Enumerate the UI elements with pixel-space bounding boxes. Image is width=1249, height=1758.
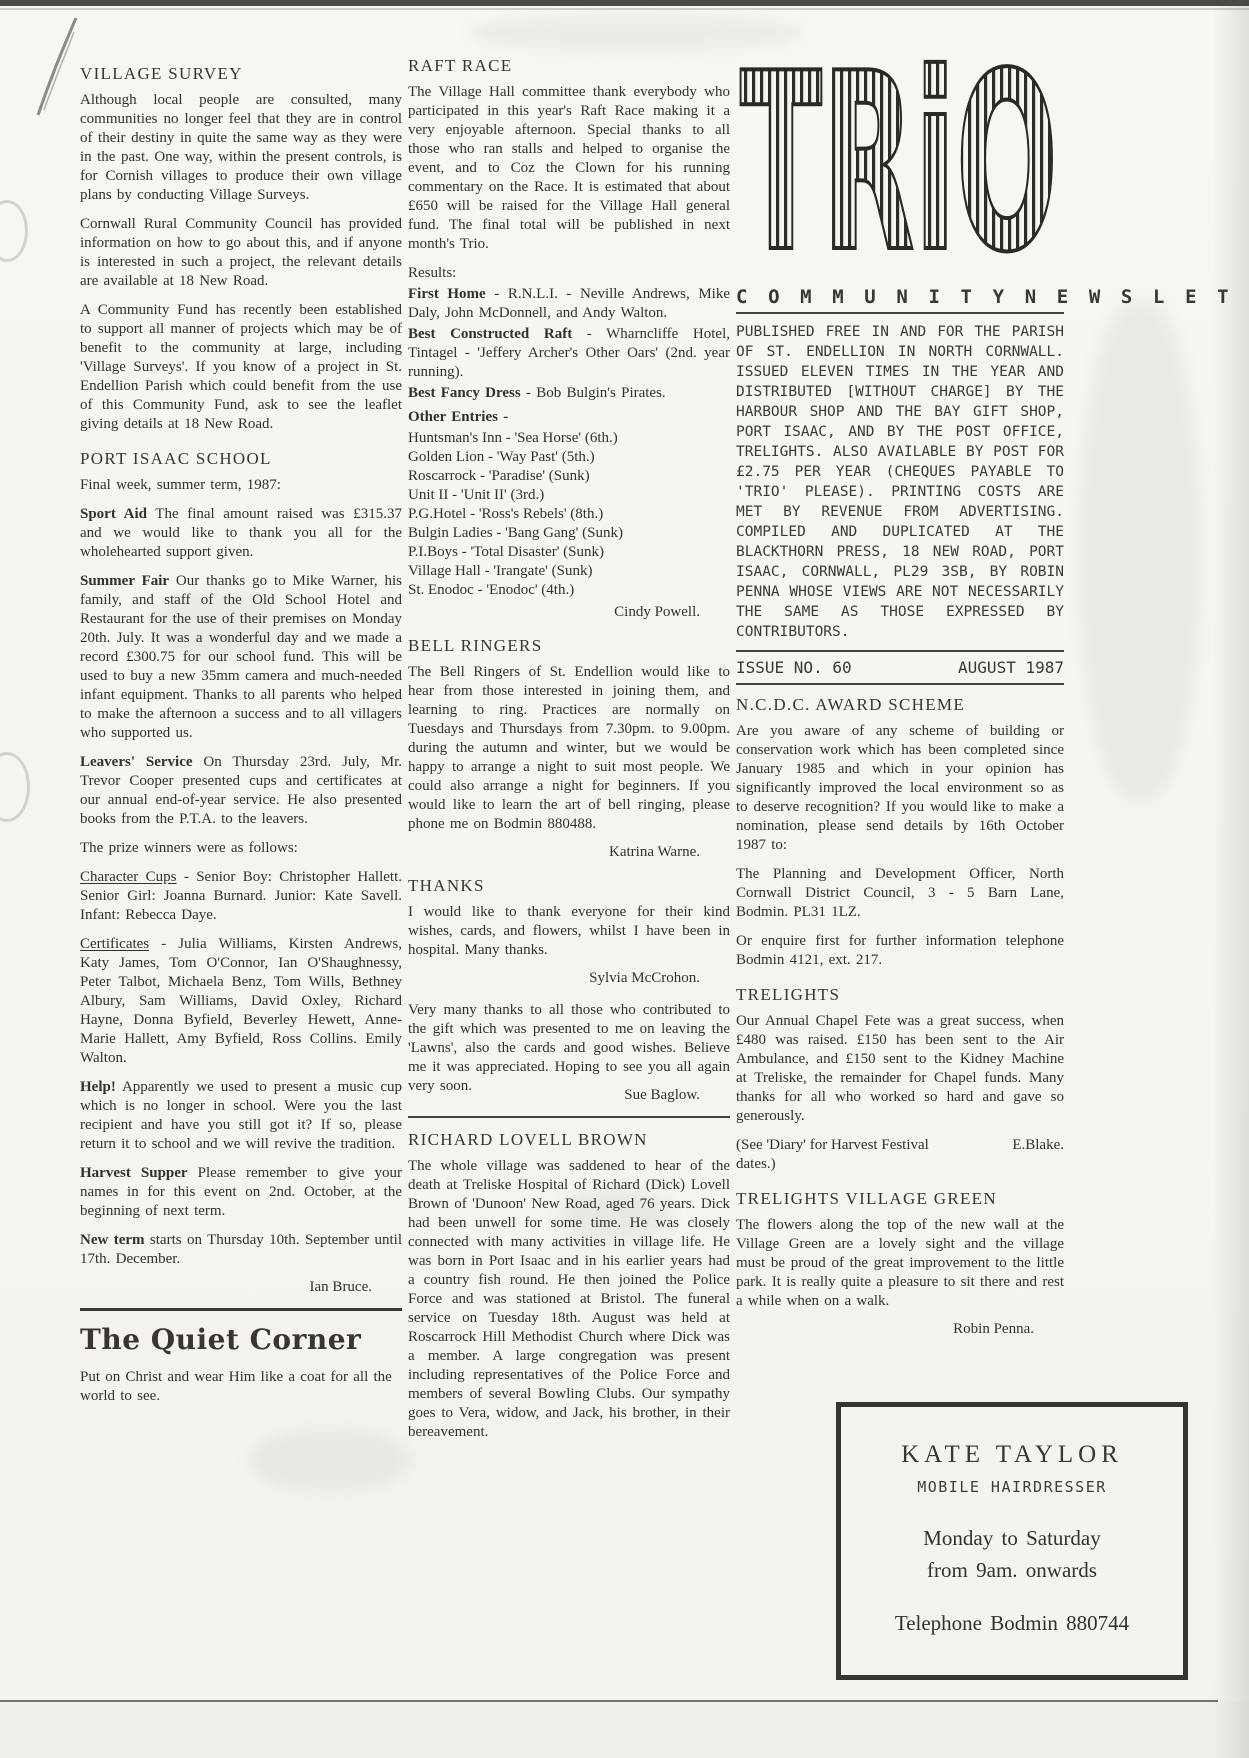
ncdc-paragraph: Are you aware of any scheme of building …	[736, 722, 1064, 855]
summer-fair-lead: Summer Fair	[80, 573, 169, 589]
list-item: St. Enodoc - 'Enodoc' (4th.)	[408, 581, 730, 600]
scan-smudge	[250, 1430, 410, 1490]
fancy-dress-text: - Bob Bulgin's Pirates.	[521, 385, 666, 401]
certificates: Certificates - Julia Williams, Kirsten A…	[80, 935, 402, 1068]
raft-entries-list: Huntsman's Inn - 'Sea Horse' (6th.) Gold…	[408, 429, 730, 600]
thanks-paragraph: I would like to thank everyone for their…	[408, 903, 730, 960]
list-item: Unit II - 'Unit II' (3rd.)	[408, 486, 730, 505]
certificates-lead: Certificates	[80, 936, 149, 952]
advert-days: Monday to Saturday	[841, 1526, 1183, 1551]
trio-logo: TRiO	[736, 52, 1062, 280]
raft-race-signature: Cindy Powell.	[408, 604, 730, 621]
character-cups: Character Cups - Senior Boy: Christopher…	[80, 868, 402, 925]
divider	[736, 312, 1064, 314]
list-item: Golden Lion - 'Way Past' (5th.)	[408, 448, 730, 467]
advert-hours: from 9am. onwards	[841, 1558, 1183, 1583]
quiet-corner-heading: The Quiet Corner	[80, 1323, 402, 1356]
first-home-lead: First Home	[408, 286, 486, 302]
prize-winners-intro: The prize winners were as follows:	[80, 839, 402, 858]
trelights-paragraph: Our Annual Chapel Fete was a great succe…	[736, 1012, 1064, 1126]
other-entries-label: Other Entries -	[408, 408, 730, 427]
scanner-bed-strip	[0, 1703, 1249, 1758]
bell-ringers-heading: BELL RINGERS	[408, 636, 730, 656]
character-cups-lead: Character Cups	[80, 869, 177, 885]
scan-edge-bottom	[0, 1700, 1218, 1702]
summer-fair-text: Our thanks go to Mike Warner, his family…	[80, 573, 402, 741]
ncdc-address: The Planning and Development Officer, No…	[736, 865, 1064, 922]
village-survey-paragraph: Although local people are consulted, man…	[80, 91, 402, 205]
result-fancy-dress: Best Fancy Dress - Bob Bulgin's Pirates.	[408, 384, 730, 403]
scan-smudge	[1080, 300, 1200, 800]
issue-number: ISSUE NO. 60	[736, 658, 852, 677]
divider	[736, 650, 1064, 652]
fancy-dress-lead: Best Fancy Dress	[408, 385, 521, 401]
masthead-about: PUBLISHED FREE IN AND FOR THE PARISH OF …	[736, 322, 1064, 642]
scan-shadow-right	[1213, 0, 1249, 1758]
village-green-paragraph: The flowers along the top of the new wal…	[736, 1216, 1064, 1311]
scan-smudge	[470, 16, 800, 50]
trelights-heading: TRELIGHTS	[736, 985, 1064, 1005]
village-survey-heading: VILLAGE SURVEY	[80, 64, 402, 84]
column-right: TRiO C O M M U N I T Y N E W S L E T T E…	[736, 52, 1064, 1348]
bell-ringers-signature: Katrina Warne.	[408, 844, 730, 861]
divider	[736, 683, 1064, 685]
school-sport-aid: Sport Aid The final amount raised was £3…	[80, 505, 402, 562]
page-curl-mark	[0, 200, 28, 262]
column-left: VILLAGE SURVEY Although local people are…	[80, 64, 402, 1416]
raft-race-paragraph: The Village Hall committee thank everybo…	[408, 83, 730, 254]
thanks-heading: THANKS	[408, 876, 730, 896]
advert-subtitle: MOBILE HAIRDRESSER	[841, 1478, 1183, 1496]
result-best-raft: Best Constructed Raft - Wharncliffe Hote…	[408, 325, 730, 382]
thanks-signature: Sylvia McCrohon.	[408, 970, 730, 987]
harvest-supper: Harvest Supper Please remember to give y…	[80, 1164, 402, 1221]
sport-aid-lead: Sport Aid	[80, 506, 147, 522]
new-term: New term starts on Thursday 10th. Septem…	[80, 1231, 402, 1269]
other-entries-lead: Other Entries -	[408, 409, 508, 425]
help-notice: Help! Apparently we used to present a mu…	[80, 1078, 402, 1154]
school-leavers-service: Leavers' Service On Thursday 23rd. July,…	[80, 753, 402, 829]
diary-note: (See 'Diary' for Harvest Festival dates.…	[736, 1136, 933, 1174]
list-item: Huntsman's Inn - 'Sea Horse' (6th.)	[408, 429, 730, 448]
list-item: Roscarrock - 'Paradise' (Sunk)	[408, 467, 730, 486]
ncdc-heading: N.C.D.C. AWARD SCHEME	[736, 695, 1064, 715]
result-first-home: First Home - R.N.L.I. - Neville Andrews,…	[408, 285, 730, 323]
scan-edge-top-faint	[0, 8, 1249, 10]
raft-race-heading: RAFT RACE	[408, 56, 730, 76]
help-text: Apparently we used to present a music cu…	[80, 1079, 402, 1152]
diary-note-row: (See 'Diary' for Harvest Festival dates.…	[736, 1136, 1064, 1174]
results-label: Results:	[408, 264, 730, 283]
school-heading: PORT ISAAC SCHOOL	[80, 449, 402, 469]
school-signature: Ian Bruce.	[80, 1279, 402, 1296]
advert-kate-taylor: KATE TAYLOR MOBILE HAIRDRESSER Monday to…	[836, 1402, 1188, 1680]
harvest-supper-lead: Harvest Supper	[80, 1165, 188, 1181]
village-green-signature: Robin Penna.	[736, 1321, 1064, 1338]
thanks-paragraph-2: Very many thanks to all those who contri…	[408, 1001, 730, 1096]
issue-row: ISSUE NO. 60 AUGUST 1987	[736, 658, 1064, 677]
help-lead: Help!	[80, 1079, 116, 1095]
leavers-service-lead: Leavers' Service	[80, 754, 193, 770]
pen-mark	[28, 10, 88, 120]
best-raft-lead: Best Constructed Raft	[408, 326, 572, 342]
divider	[80, 1308, 402, 1311]
quiet-corner-text: Put on Christ and wear Him like a coat f…	[80, 1368, 402, 1406]
newsletter-title: C O M M U N I T Y N E W S L E T T E R	[736, 286, 1064, 308]
divider	[408, 1116, 730, 1118]
list-item: Village Hall - 'Irangate' (Sunk)	[408, 562, 730, 581]
village-green-heading: TRELIGHTS VILLAGE GREEN	[736, 1189, 1064, 1209]
issue-date: AUGUST 1987	[958, 658, 1064, 677]
scan-edge-top	[0, 0, 1249, 6]
page-curl-mark	[0, 752, 30, 822]
advert-name: KATE TAYLOR	[841, 1441, 1183, 1469]
list-item: P.G.Hotel - 'Ross's Rebels' (8th.)	[408, 505, 730, 524]
column-middle: RAFT RACE The Village Hall committee tha…	[408, 56, 730, 1452]
new-term-lead: New term	[80, 1232, 145, 1248]
richard-brown-paragraph: The whole village was saddened to hear o…	[408, 1157, 730, 1442]
certificates-text: - Julia Williams, Kirsten Andrews, Katy …	[80, 936, 402, 1066]
village-survey-paragraph: A Community Fund has recently been estab…	[80, 301, 402, 434]
trelights-signature: E.Blake.	[1012, 1136, 1064, 1174]
school-intro: Final week, summer term, 1987:	[80, 476, 402, 495]
richard-brown-heading: RICHARD LOVELL BROWN	[408, 1130, 730, 1150]
bell-ringers-paragraph: The Bell Ringers of St. Endellion would …	[408, 663, 730, 834]
trio-logo-text: TRiO	[740, 52, 1058, 280]
newsletter-page: VILLAGE SURVEY Although local people are…	[0, 0, 1249, 1758]
advert-telephone: Telephone Bodmin 880744	[841, 1611, 1183, 1636]
school-summer-fair: Summer Fair Our thanks go to Mike Warner…	[80, 572, 402, 743]
list-item: Bulgin Ladies - 'Bang Gang' (Sunk)	[408, 524, 730, 543]
ncdc-enquiry: Or enquire first for further information…	[736, 932, 1064, 970]
list-item: P.I.Boys - 'Total Disaster' (Sunk)	[408, 543, 730, 562]
village-survey-paragraph: Cornwall Rural Community Council has pro…	[80, 215, 402, 291]
